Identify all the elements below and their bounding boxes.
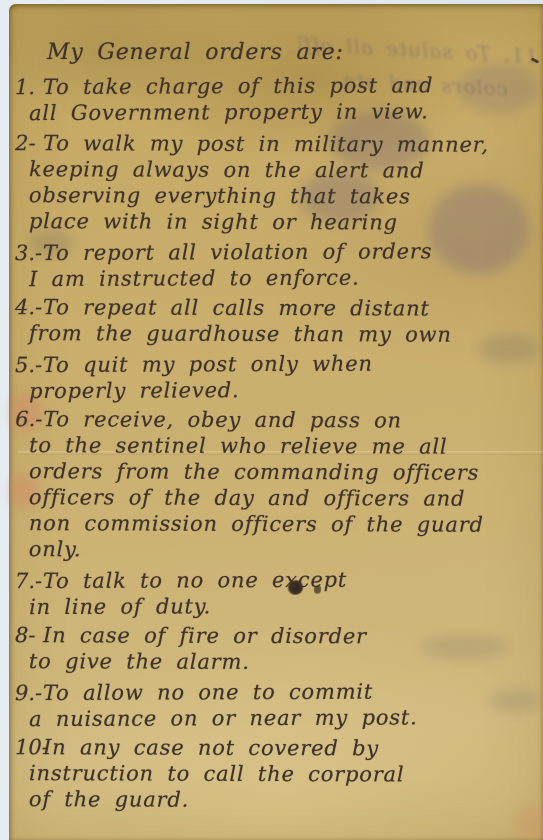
scanned-document: 11. To salute all offi colors and sta My… bbox=[0, 0, 543, 840]
order-number: 9.- bbox=[15, 680, 42, 706]
note-title: My General orders are: bbox=[47, 40, 543, 66]
order-item: 3.- To report all violation of orders I … bbox=[9, 238, 543, 292]
order-number: 4.- bbox=[15, 294, 42, 320]
order-line: to the sentinel who relieve me all bbox=[29, 432, 543, 460]
order-item: 10- In any case not covered by instructi… bbox=[9, 734, 543, 814]
order-number: 6.- bbox=[15, 406, 42, 432]
order-item: 5.- To quit my post only when properly r… bbox=[9, 350, 543, 404]
order-item: 6.- To receive, obey and pass on to the … bbox=[9, 406, 543, 564]
order-item: 4.- To repeat all calls more distant fro… bbox=[9, 294, 543, 348]
order-number: 2- bbox=[15, 130, 41, 156]
order-line: To allow no one to commit bbox=[43, 678, 543, 706]
order-line: To receive, obey and pass on bbox=[43, 406, 543, 434]
order-line: a nuisance on or near my post. bbox=[29, 704, 543, 732]
order-line: I am instructed to enforce. bbox=[29, 264, 543, 292]
order-line: In any case not covered by bbox=[43, 734, 543, 762]
order-number: 1. bbox=[15, 74, 41, 100]
order-number: 7.- bbox=[15, 568, 42, 594]
order-line: To take charge of this post and bbox=[43, 72, 543, 100]
order-number: 3.- bbox=[15, 240, 42, 266]
order-line: to give the alarm. bbox=[29, 648, 543, 676]
order-line: keeping always on the alert and bbox=[29, 156, 543, 184]
order-item: 9.- To allow no one to commit a nuisance… bbox=[9, 678, 543, 732]
order-item: 1. To take charge of this post and all G… bbox=[9, 72, 543, 126]
order-line: officers of the day and officers and bbox=[29, 484, 543, 512]
order-line: orders from the commanding officers bbox=[29, 458, 543, 486]
order-line: in line of duty. bbox=[29, 592, 543, 620]
order-line: from the guardhouse than my own bbox=[29, 320, 543, 348]
order-line: To walk my post in military manner, bbox=[43, 130, 543, 158]
order-line: In case of fire or disorder bbox=[43, 622, 543, 650]
order-line: To quit my post only when bbox=[43, 350, 543, 378]
order-line: all Government property in view. bbox=[29, 98, 543, 126]
order-line: properly relieved. bbox=[29, 376, 543, 404]
orders-list: 1. To take charge of this post and all G… bbox=[9, 73, 543, 813]
order-number: 8- bbox=[15, 622, 41, 648]
order-line: To repeat all calls more distant bbox=[43, 294, 543, 322]
order-item: 8- In case of fire or disorder to give t… bbox=[9, 622, 543, 676]
order-line: To talk to no one except bbox=[43, 566, 543, 594]
order-item: 7.- To talk to no one except in line of … bbox=[9, 566, 543, 620]
order-number: 5.- bbox=[15, 352, 42, 378]
order-line: observing everything that takes bbox=[29, 182, 543, 210]
order-line: place with in sight or hearing bbox=[29, 208, 543, 236]
order-line: non commission officers of the guard onl… bbox=[29, 510, 543, 564]
order-number: 10- bbox=[15, 734, 49, 760]
order-line: of the guard. bbox=[29, 786, 543, 814]
note-content: My General orders are: 1. To take charge… bbox=[9, 40, 543, 817]
order-item: 2- To walk my post in military manner, k… bbox=[9, 130, 543, 236]
order-line: instruction to call the corporal bbox=[29, 760, 543, 788]
order-line: To report all violation of orders bbox=[43, 238, 543, 266]
